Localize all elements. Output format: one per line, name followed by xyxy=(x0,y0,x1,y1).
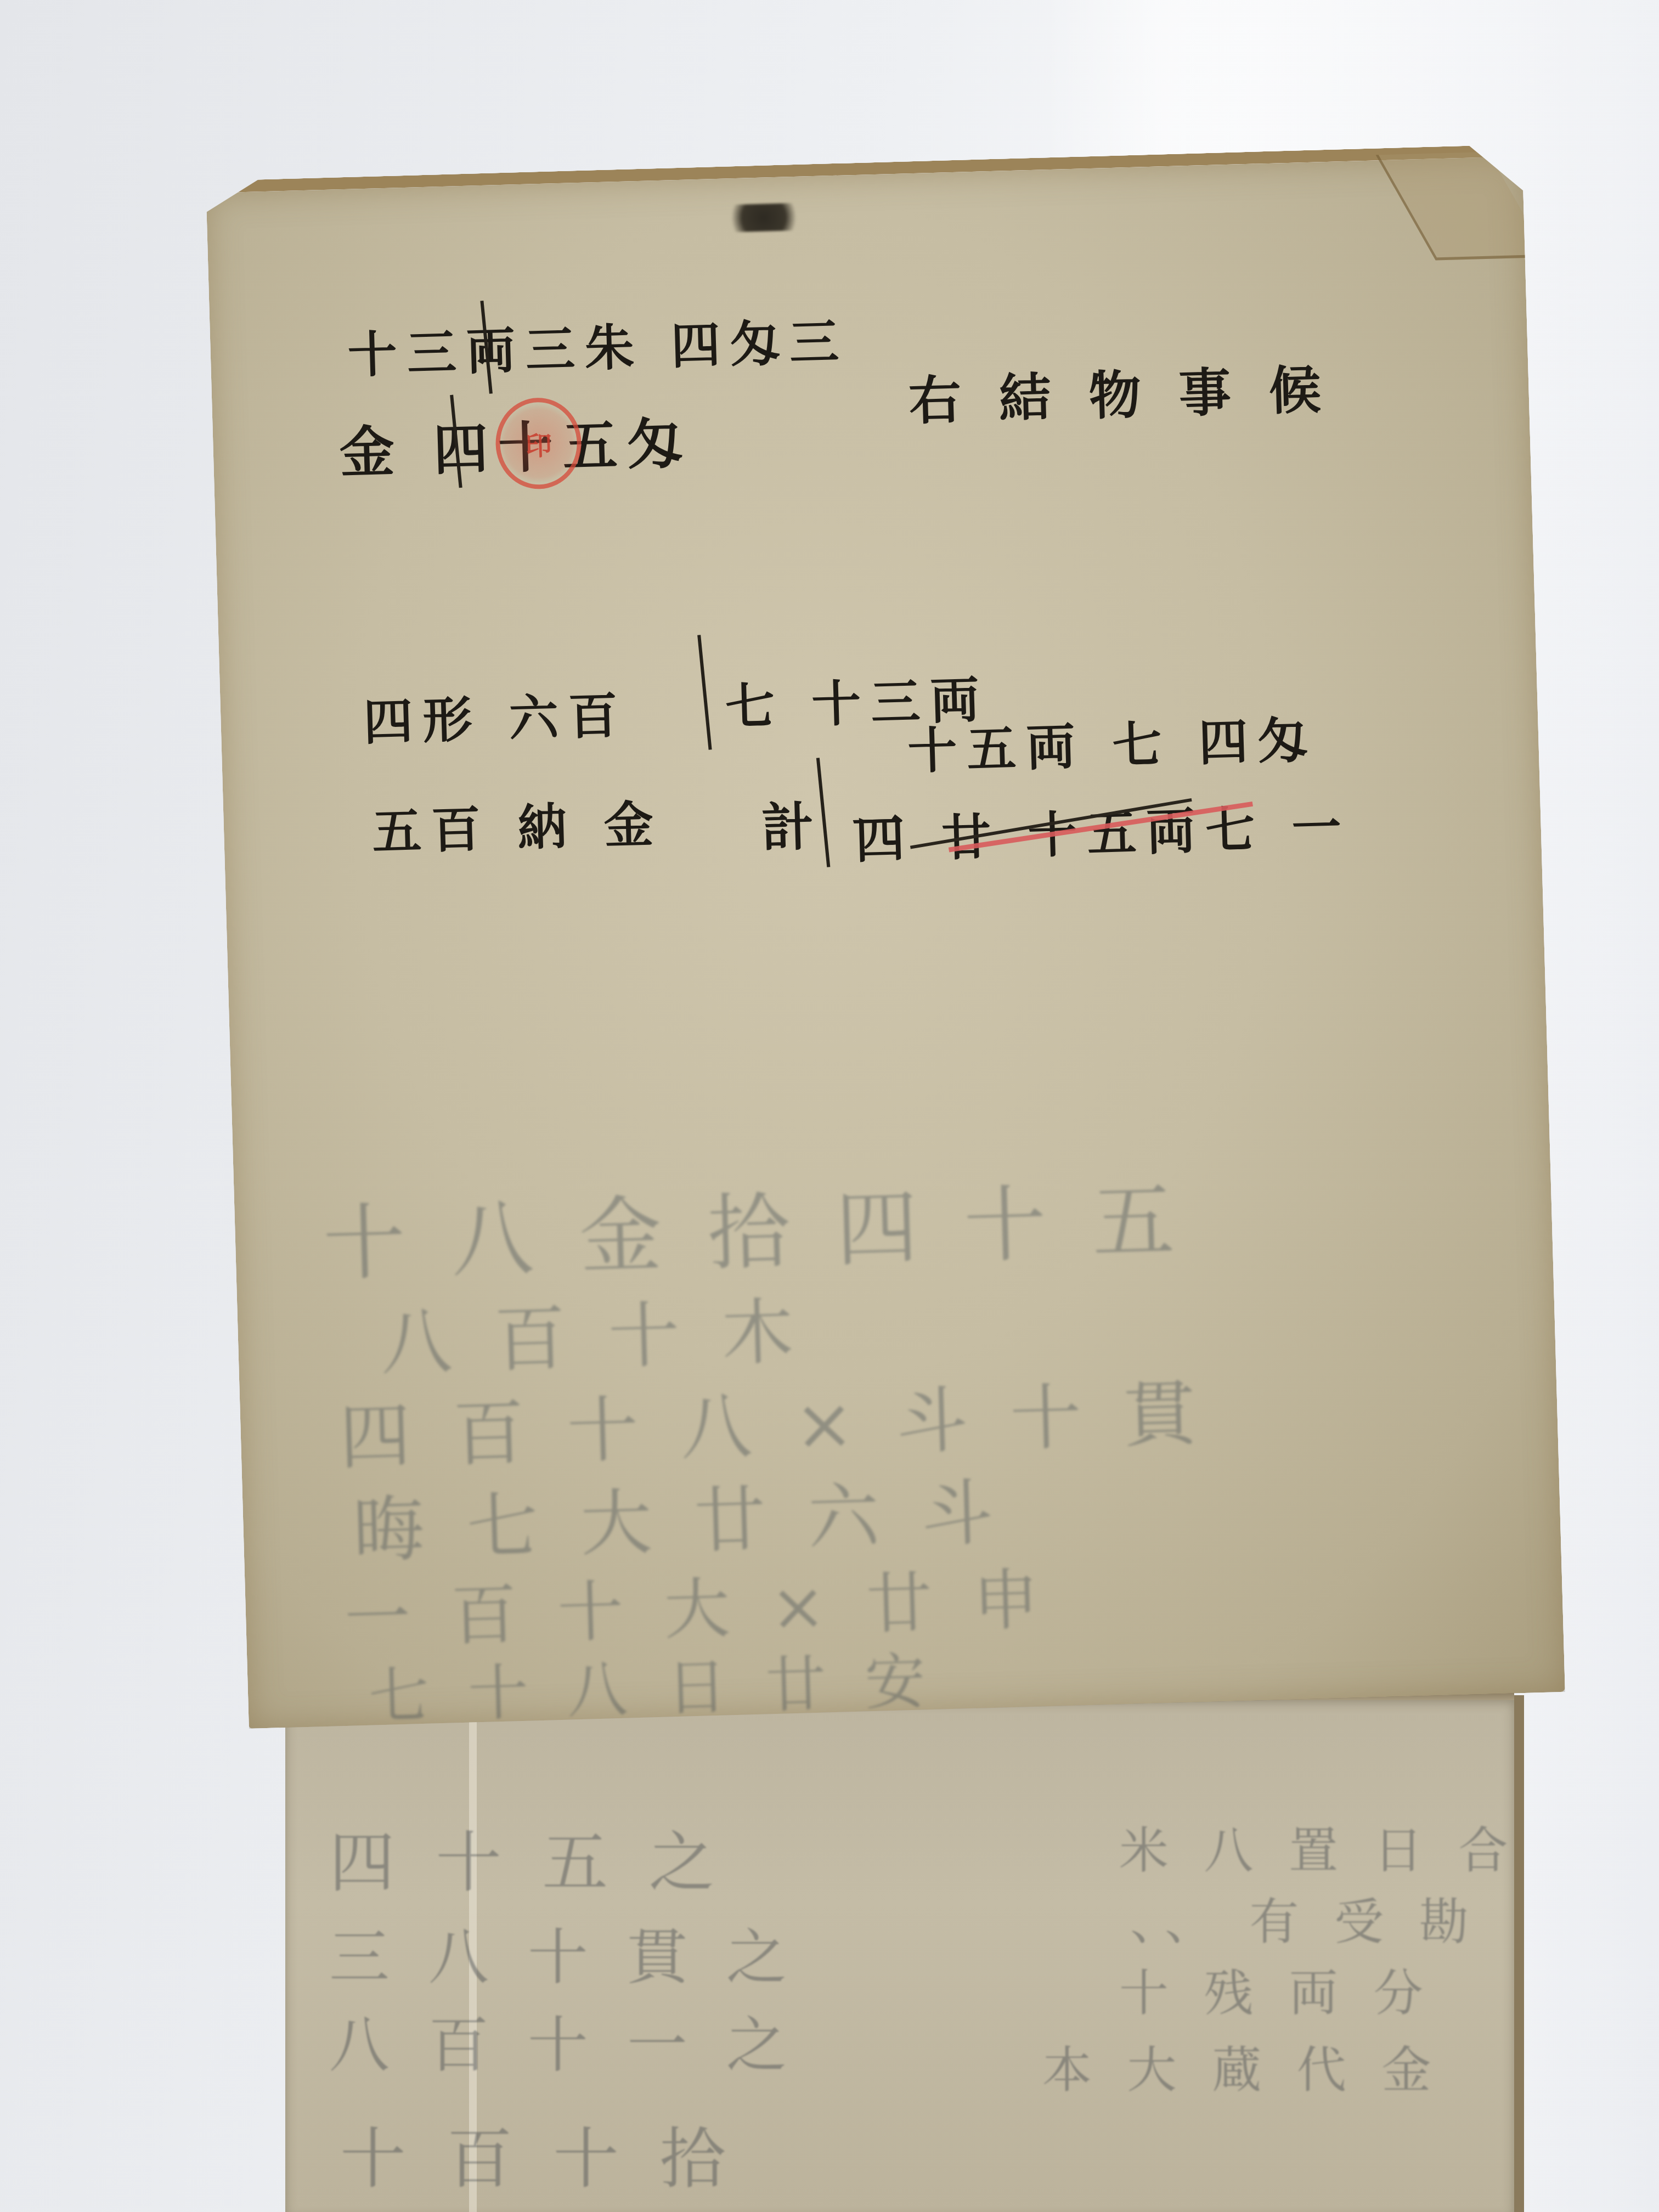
ledger-entry-mid-line-1: 四形 六百 xyxy=(363,675,629,754)
ledger-note-right: 右 結 物 事 候 xyxy=(908,348,1332,435)
seal-glyph: 印 xyxy=(525,424,552,462)
lower-bleed-left-1: 四 十 五 之 xyxy=(329,1810,724,1905)
ink-blot xyxy=(723,203,805,233)
lower-bleed-left-2: 三 八 十 貫 之 xyxy=(329,1909,797,1996)
main-page: 十 八 金 拾 四 十 五 八 百 十 木 四 百 十 八 × 斗 十 貫 晦 … xyxy=(206,144,1565,1729)
lower-bleed-right-3: 十 残 両 分 xyxy=(1119,1953,1433,2024)
lower-bleed-right-4: 本 大 蔵 代 金 xyxy=(1042,2030,1441,2101)
ledger-entry-mid-line-2c: 四 廿 十五両七 一 xyxy=(854,787,1352,872)
lower-bleed-right-1: 米 八 置 日 合 xyxy=(1119,1810,1517,1882)
lower-bleed-left-3: 八 百 十 一 之 xyxy=(329,1997,797,2084)
ledger-entry-mid-line-2: 五百 納 金 xyxy=(371,784,664,864)
ledger-entry-top-line-1: 十三両三朱 四匁三 xyxy=(347,301,850,386)
divider-rule xyxy=(697,635,712,750)
lower-bleed-right-2: 、、 有 受 勘 xyxy=(1130,1882,1479,1953)
lower-bleed-left-4: 十 百 十 拾 xyxy=(340,2107,735,2201)
ledger-entry-mid-line-1c: 十五両 七 四匁 xyxy=(906,700,1318,783)
bleed-line-1: 十 八 金 拾 四 十 五 xyxy=(321,1154,1186,1296)
